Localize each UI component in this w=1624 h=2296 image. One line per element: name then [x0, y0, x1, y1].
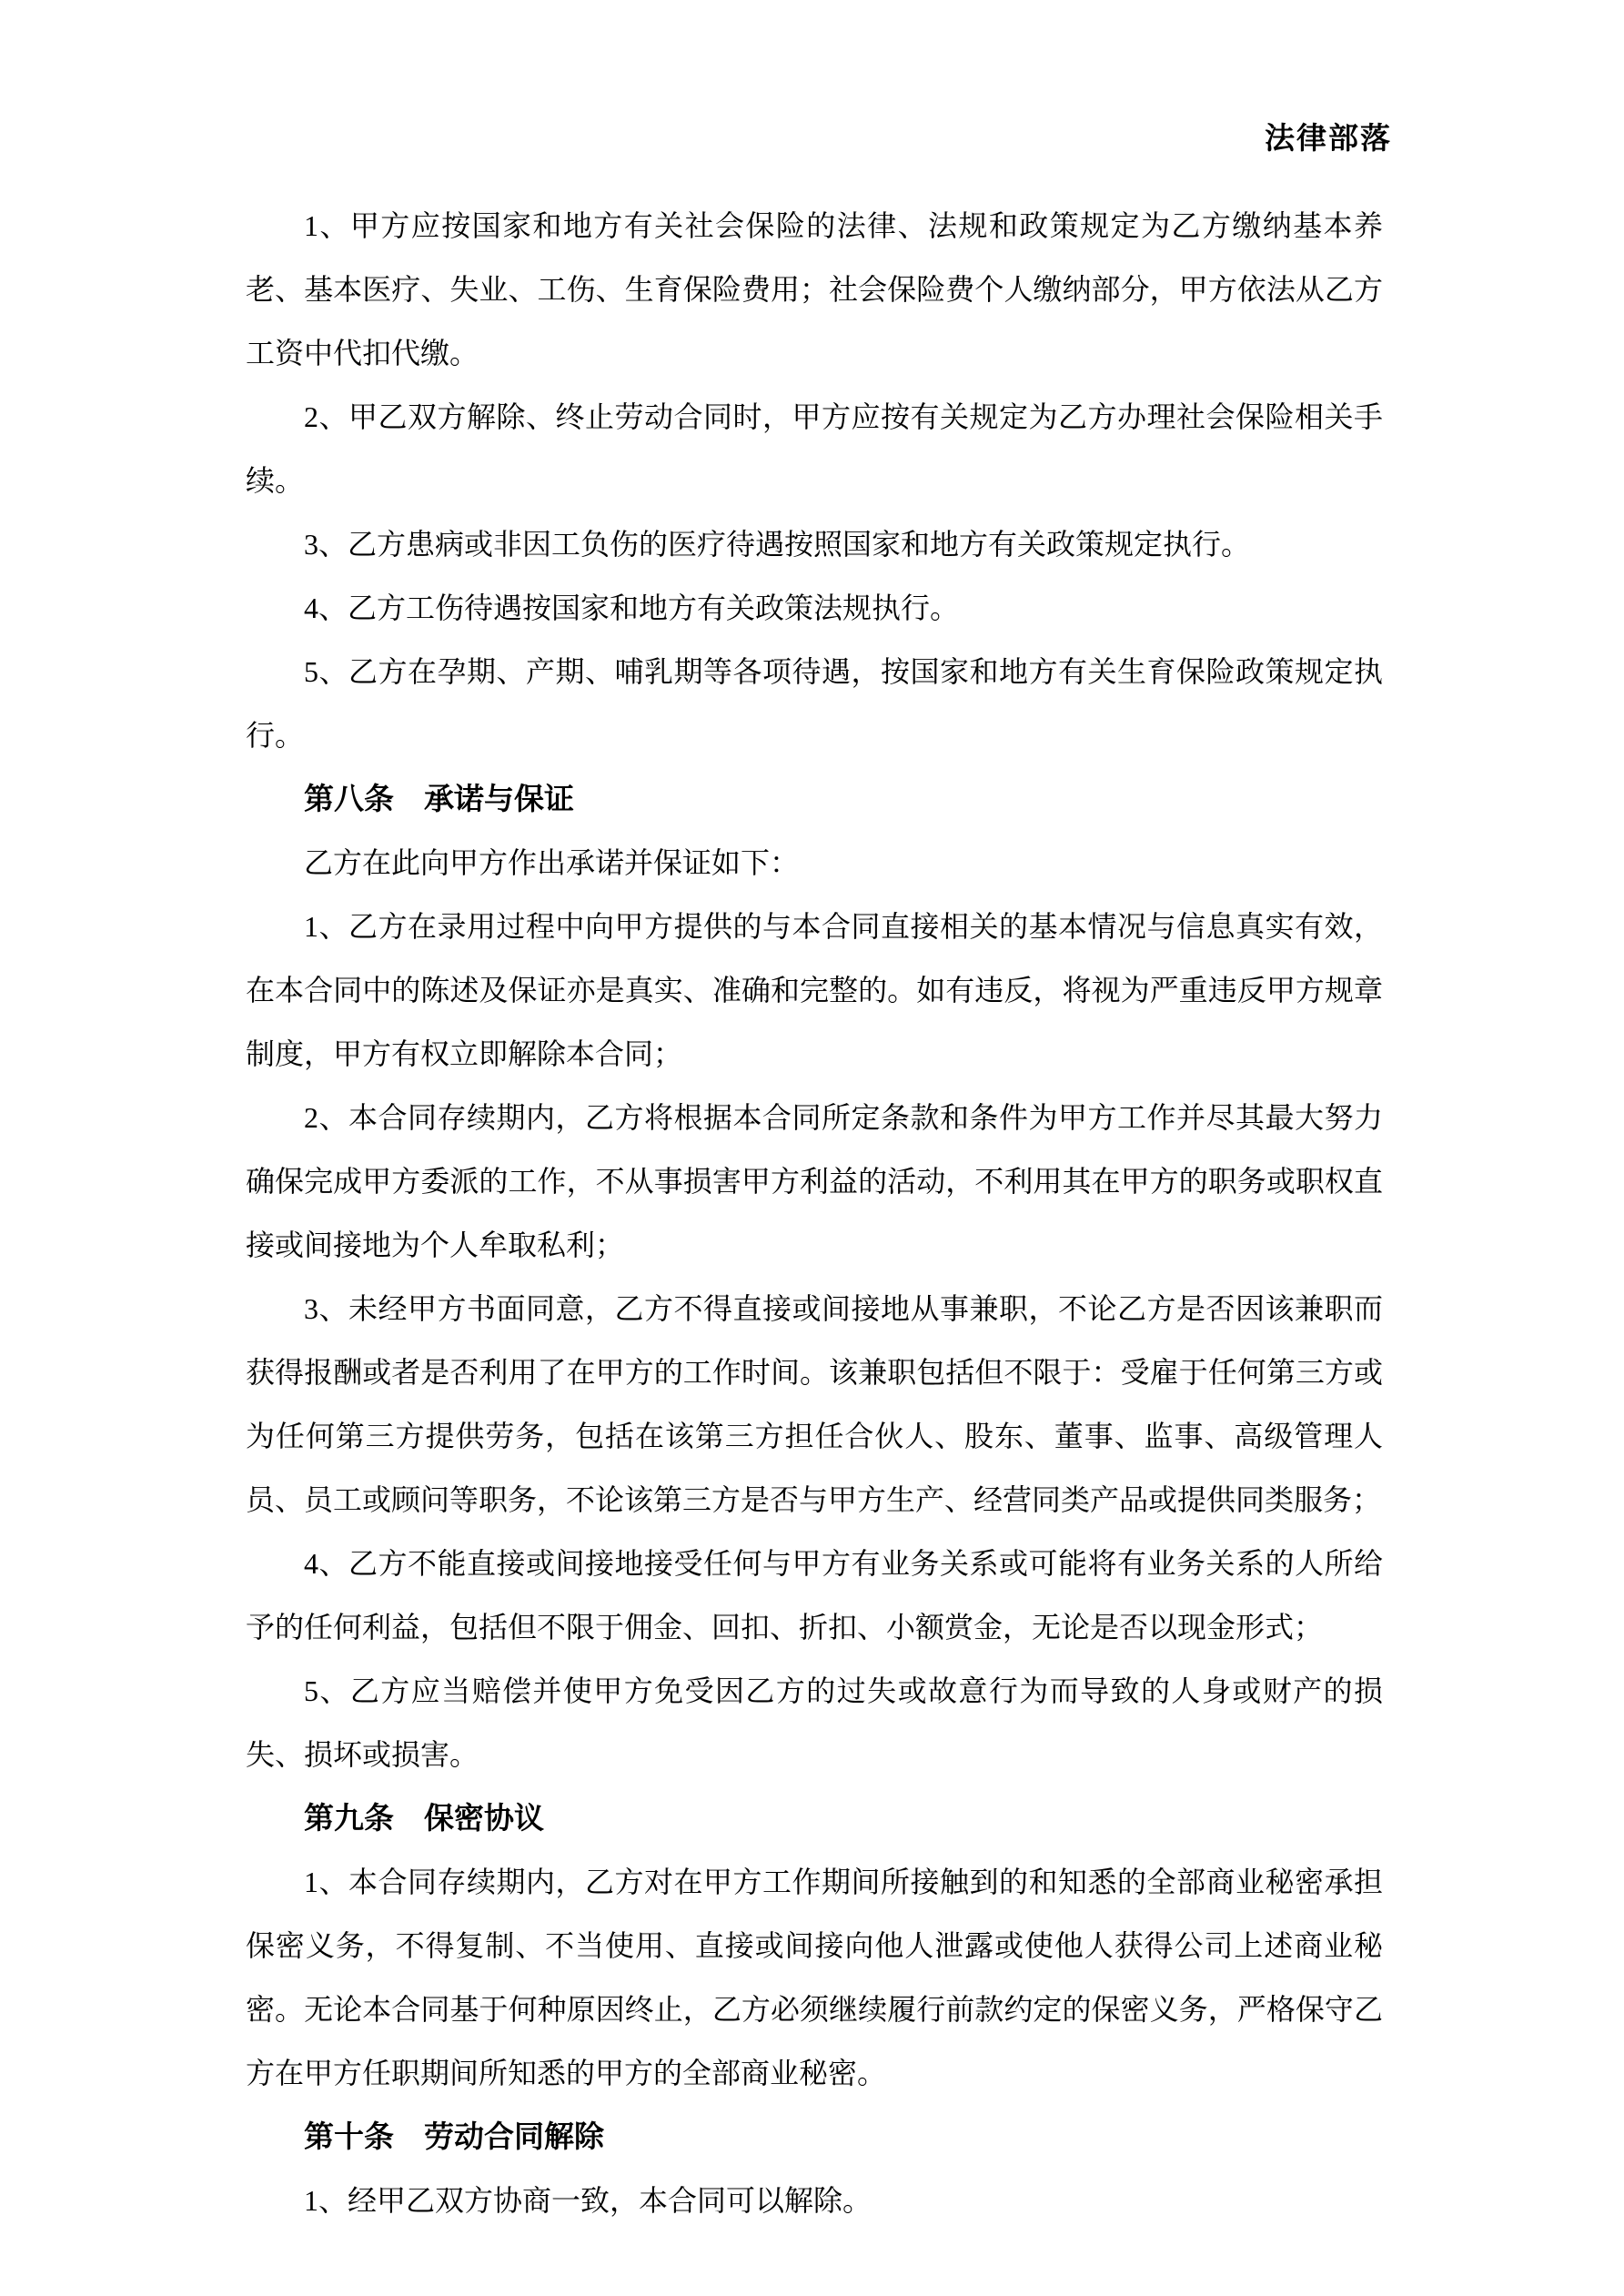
article-8-item-2: 2、本合同存续期内，乙方将根据本合同所定条款和条件为甲方工作并尽其最大努力确保完…	[246, 1086, 1383, 1277]
article-8-item-5: 5、乙方应当赔偿并使甲方免受因乙方的过失或故意行为而导致的人身或财产的损失、损坏…	[246, 1659, 1383, 1786]
article-8-heading: 第八条 承诺与保证	[246, 767, 1383, 831]
document-page: 法律部落 1、甲方应按国家和地方有关社会保险的法律、法规和政策规定为乙方缴纳基本…	[0, 0, 1624, 2296]
social-insurance-item-4: 4、乙方工伤待遇按国家和地方有关政策法规执行。	[246, 576, 1383, 640]
article-10-heading: 第十条 劳动合同解除	[246, 2105, 1383, 2169]
article-8-item-3: 3、未经甲方书面同意，乙方不得直接或间接地从事兼职，不论乙方是否因该兼职而获得报…	[246, 1277, 1383, 1532]
social-insurance-item-2: 2、甲乙双方解除、终止劳动合同时，甲方应按有关规定为乙方办理社会保险相关手续。	[246, 385, 1383, 512]
article-9-item-1: 1、本合同存续期内，乙方对在甲方工作期间所接触到的和知悉的全部商业秘密承担保密义…	[246, 1850, 1383, 2105]
social-insurance-item-3: 3、乙方患病或非因工负伤的医疗待遇按照国家和地方有关政策规定执行。	[246, 512, 1383, 576]
article-8-item-4: 4、乙方不能直接或间接地接受任何与甲方有业务关系或可能将有业务关系的人所给予的任…	[246, 1532, 1383, 1659]
article-9-heading: 第九条 保密协议	[246, 1786, 1383, 1850]
social-insurance-item-1: 1、甲方应按国家和地方有关社会保险的法律、法规和政策规定为乙方缴纳基本养老、基本…	[246, 194, 1383, 385]
document-content: 1、甲方应按国家和地方有关社会保险的法律、法规和政策规定为乙方缴纳基本养老、基本…	[246, 194, 1383, 2232]
article-10-item-1: 1、经甲乙双方协商一致，本合同可以解除。	[246, 2169, 1383, 2232]
social-insurance-item-5: 5、乙方在孕期、产期、哺乳期等各项待遇，按国家和地方有关生育保险政策规定执行。	[246, 640, 1383, 767]
article-8-item-1: 1、乙方在录用过程中向甲方提供的与本合同直接相关的基本情况与信息真实有效，在本合…	[246, 895, 1383, 1086]
article-8-intro: 乙方在此向甲方作出承诺并保证如下：	[246, 831, 1383, 895]
site-watermark: 法律部落	[1265, 115, 1392, 157]
